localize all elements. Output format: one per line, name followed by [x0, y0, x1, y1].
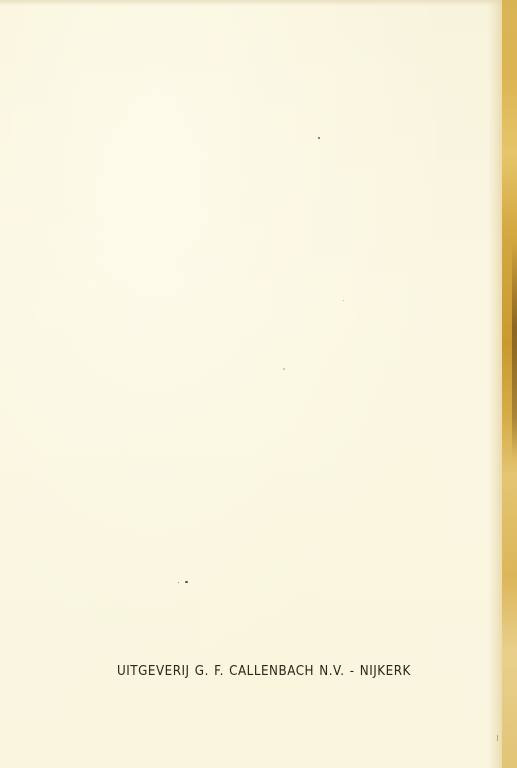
publisher-imprint: UITGEVERIJ G. F. CALLENBACH N.V. - NIJKE… [117, 664, 421, 679]
paper-speck [283, 368, 285, 370]
paper-speck [497, 735, 498, 741]
book-back-cover: UITGEVERIJ G. F. CALLENBACH N.V. - NIJKE… [0, 0, 517, 768]
paper-speck [318, 137, 320, 139]
paper-speck [178, 582, 179, 583]
paper-speck [185, 581, 188, 583]
top-edge-shading [0, 0, 517, 6]
spine-shadow [512, 240, 517, 460]
paper-speck [343, 300, 344, 301]
spine-fold-shading [488, 0, 502, 768]
